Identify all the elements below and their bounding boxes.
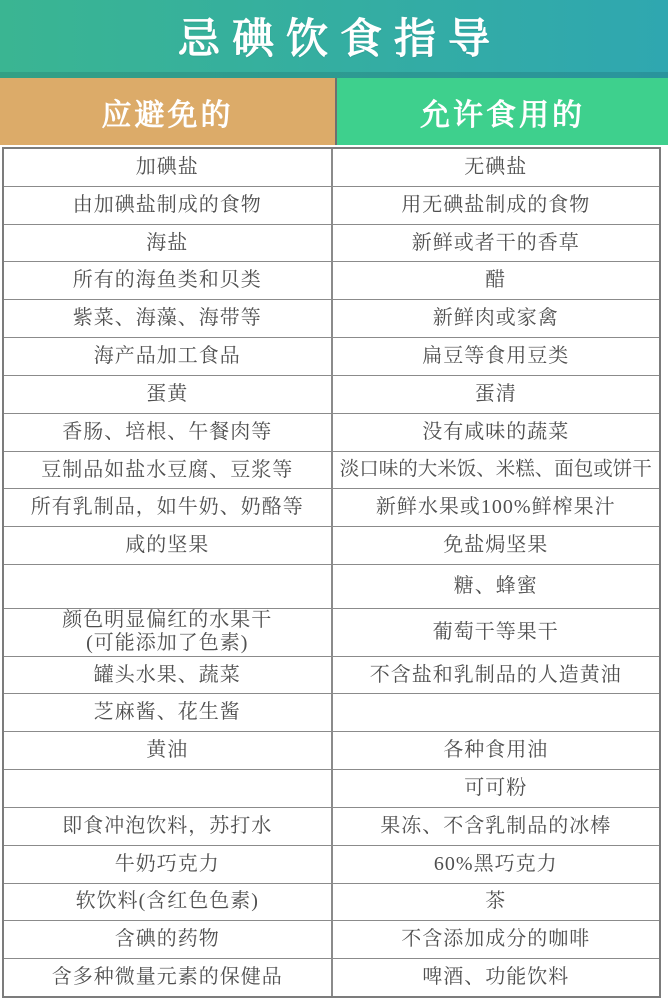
food-table: 加碘盐 无碘盐 由加碘盐制成的食物 用无碘盐制成的食物 海盐 新鲜或者干的香草 … — [2, 147, 661, 998]
table-row: 所有乳制品，如牛奶、奶酪等 新鲜水果或100%鲜榨果汁 — [4, 488, 659, 526]
table-row: 紫菜、海藻、海带等 新鲜肉或家禽 — [4, 299, 659, 337]
column-header-avoid: 应避免的 — [0, 78, 337, 145]
allowed-cell: 果冻、不含乳制品的冰棒 — [333, 808, 660, 845]
allowed-cell: 葡萄干等果干 — [333, 609, 660, 656]
allowed-cell: 淡口味的大米饭、米糕、面包或饼干 — [333, 452, 660, 489]
allowed-cell: 不含盐和乳制品的人造黄油 — [333, 657, 660, 694]
avoid-cell: 蛋黄 — [4, 376, 333, 413]
avoid-cell — [4, 565, 333, 608]
avoid-cell: 罐头水果、蔬菜 — [4, 657, 333, 694]
iodine-diet-guide: 忌碘饮食指导 应避免的 允许食用的 加碘盐 无碘盐 由加碘盐制成的食物 用无碘盐… — [0, 0, 668, 1000]
allowed-cell: 新鲜或者干的香草 — [333, 225, 660, 262]
table-row: 由加碘盐制成的食物 用无碘盐制成的食物 — [4, 186, 659, 224]
allowed-cell: 醋 — [333, 262, 660, 299]
table-row: 牛奶巧克力 60%黑巧克力 — [4, 845, 659, 883]
allowed-cell: 免盐焗坚果 — [333, 527, 660, 564]
avoid-cell: 芝麻酱、花生酱 — [4, 694, 333, 731]
avoid-cell — [4, 770, 333, 807]
allowed-cell: 蛋清 — [333, 376, 660, 413]
allowed-cell: 扁豆等食用豆类 — [333, 338, 660, 375]
allowed-cell: 不含添加成分的咖啡 — [333, 921, 660, 958]
allowed-cell: 60%黑巧克力 — [333, 846, 660, 883]
avoid-cell: 黄油 — [4, 732, 333, 769]
table-row: 颜色明显偏红的水果干 (可能添加了色素) 葡萄干等果干 — [4, 608, 659, 656]
table-row: 咸的坚果 免盐焗坚果 — [4, 526, 659, 564]
avoid-cell: 咸的坚果 — [4, 527, 333, 564]
avoid-cell: 紫菜、海藻、海带等 — [4, 300, 333, 337]
allowed-cell: 糖、蜂蜜 — [333, 565, 660, 608]
allowed-cell: 啤酒、功能饮料 — [333, 959, 660, 996]
allowed-cell: 新鲜肉或家禽 — [333, 300, 660, 337]
avoid-cell: 加碘盐 — [4, 149, 333, 186]
avoid-cell: 由加碘盐制成的食物 — [4, 187, 333, 224]
column-header-allowed: 允许食用的 — [337, 78, 668, 145]
avoid-cell: 含多种微量元素的保健品 — [4, 959, 333, 996]
table-row: 加碘盐 无碘盐 — [4, 149, 659, 186]
table-row: 芝麻酱、花生酱 — [4, 693, 659, 731]
avoid-cell: 所有的海鱼类和贝类 — [4, 262, 333, 299]
table-row: 软饮料(含红色色素) 茶 — [4, 883, 659, 921]
avoid-cell: 海盐 — [4, 225, 333, 262]
avoid-cell: 海产品加工食品 — [4, 338, 333, 375]
avoid-cell: 牛奶巧克力 — [4, 846, 333, 883]
allowed-cell: 新鲜水果或100%鲜榨果汁 — [333, 489, 660, 526]
table-row: 黄油 各种食用油 — [4, 731, 659, 769]
allowed-cell: 没有咸味的蔬菜 — [333, 414, 660, 451]
avoid-cell: 香肠、培根、午餐肉等 — [4, 414, 333, 451]
allowed-cell: 用无碘盐制成的食物 — [333, 187, 660, 224]
allowed-cell: 无碘盐 — [333, 149, 660, 186]
avoid-cell: 含碘的药物 — [4, 921, 333, 958]
column-headers: 应避免的 允许食用的 — [0, 78, 668, 145]
avoid-cell: 即食冲泡饮料，苏打水 — [4, 808, 333, 845]
title-banner: 忌碘饮食指导 — [0, 0, 668, 78]
avoid-cell: 颜色明显偏红的水果干 (可能添加了色素) — [4, 609, 333, 656]
table-row: 海盐 新鲜或者干的香草 — [4, 224, 659, 262]
table-row: 罐头水果、蔬菜 不含盐和乳制品的人造黄油 — [4, 656, 659, 694]
column-header-avoid-label: 应避免的 — [102, 90, 234, 134]
page-title: 忌碘饮食指导 — [166, 18, 502, 60]
allowed-cell: 可可粉 — [333, 770, 660, 807]
column-header-allowed-label: 允许食用的 — [420, 90, 585, 134]
table-row: 豆制品如盐水豆腐、豆浆等 淡口味的大米饭、米糕、面包或饼干 — [4, 451, 659, 489]
allowed-cell: 各种食用油 — [333, 732, 660, 769]
avoid-cell: 所有乳制品，如牛奶、奶酪等 — [4, 489, 333, 526]
table-row: 糖、蜂蜜 — [4, 564, 659, 608]
table-row: 可可粉 — [4, 769, 659, 807]
avoid-cell: 软饮料(含红色色素) — [4, 884, 333, 921]
table-row: 所有的海鱼类和贝类 醋 — [4, 261, 659, 299]
table-row: 蛋黄 蛋清 — [4, 375, 659, 413]
table-row: 香肠、培根、午餐肉等 没有咸味的蔬菜 — [4, 413, 659, 451]
allowed-cell: 茶 — [333, 884, 660, 921]
table-row: 含碘的药物 不含添加成分的咖啡 — [4, 920, 659, 958]
avoid-cell: 豆制品如盐水豆腐、豆浆等 — [4, 452, 333, 489]
table-row: 海产品加工食品 扁豆等食用豆类 — [4, 337, 659, 375]
allowed-cell — [333, 694, 660, 731]
table-row: 含多种微量元素的保健品 啤酒、功能饮料 — [4, 958, 659, 996]
table-row: 即食冲泡饮料，苏打水 果冻、不含乳制品的冰棒 — [4, 807, 659, 845]
